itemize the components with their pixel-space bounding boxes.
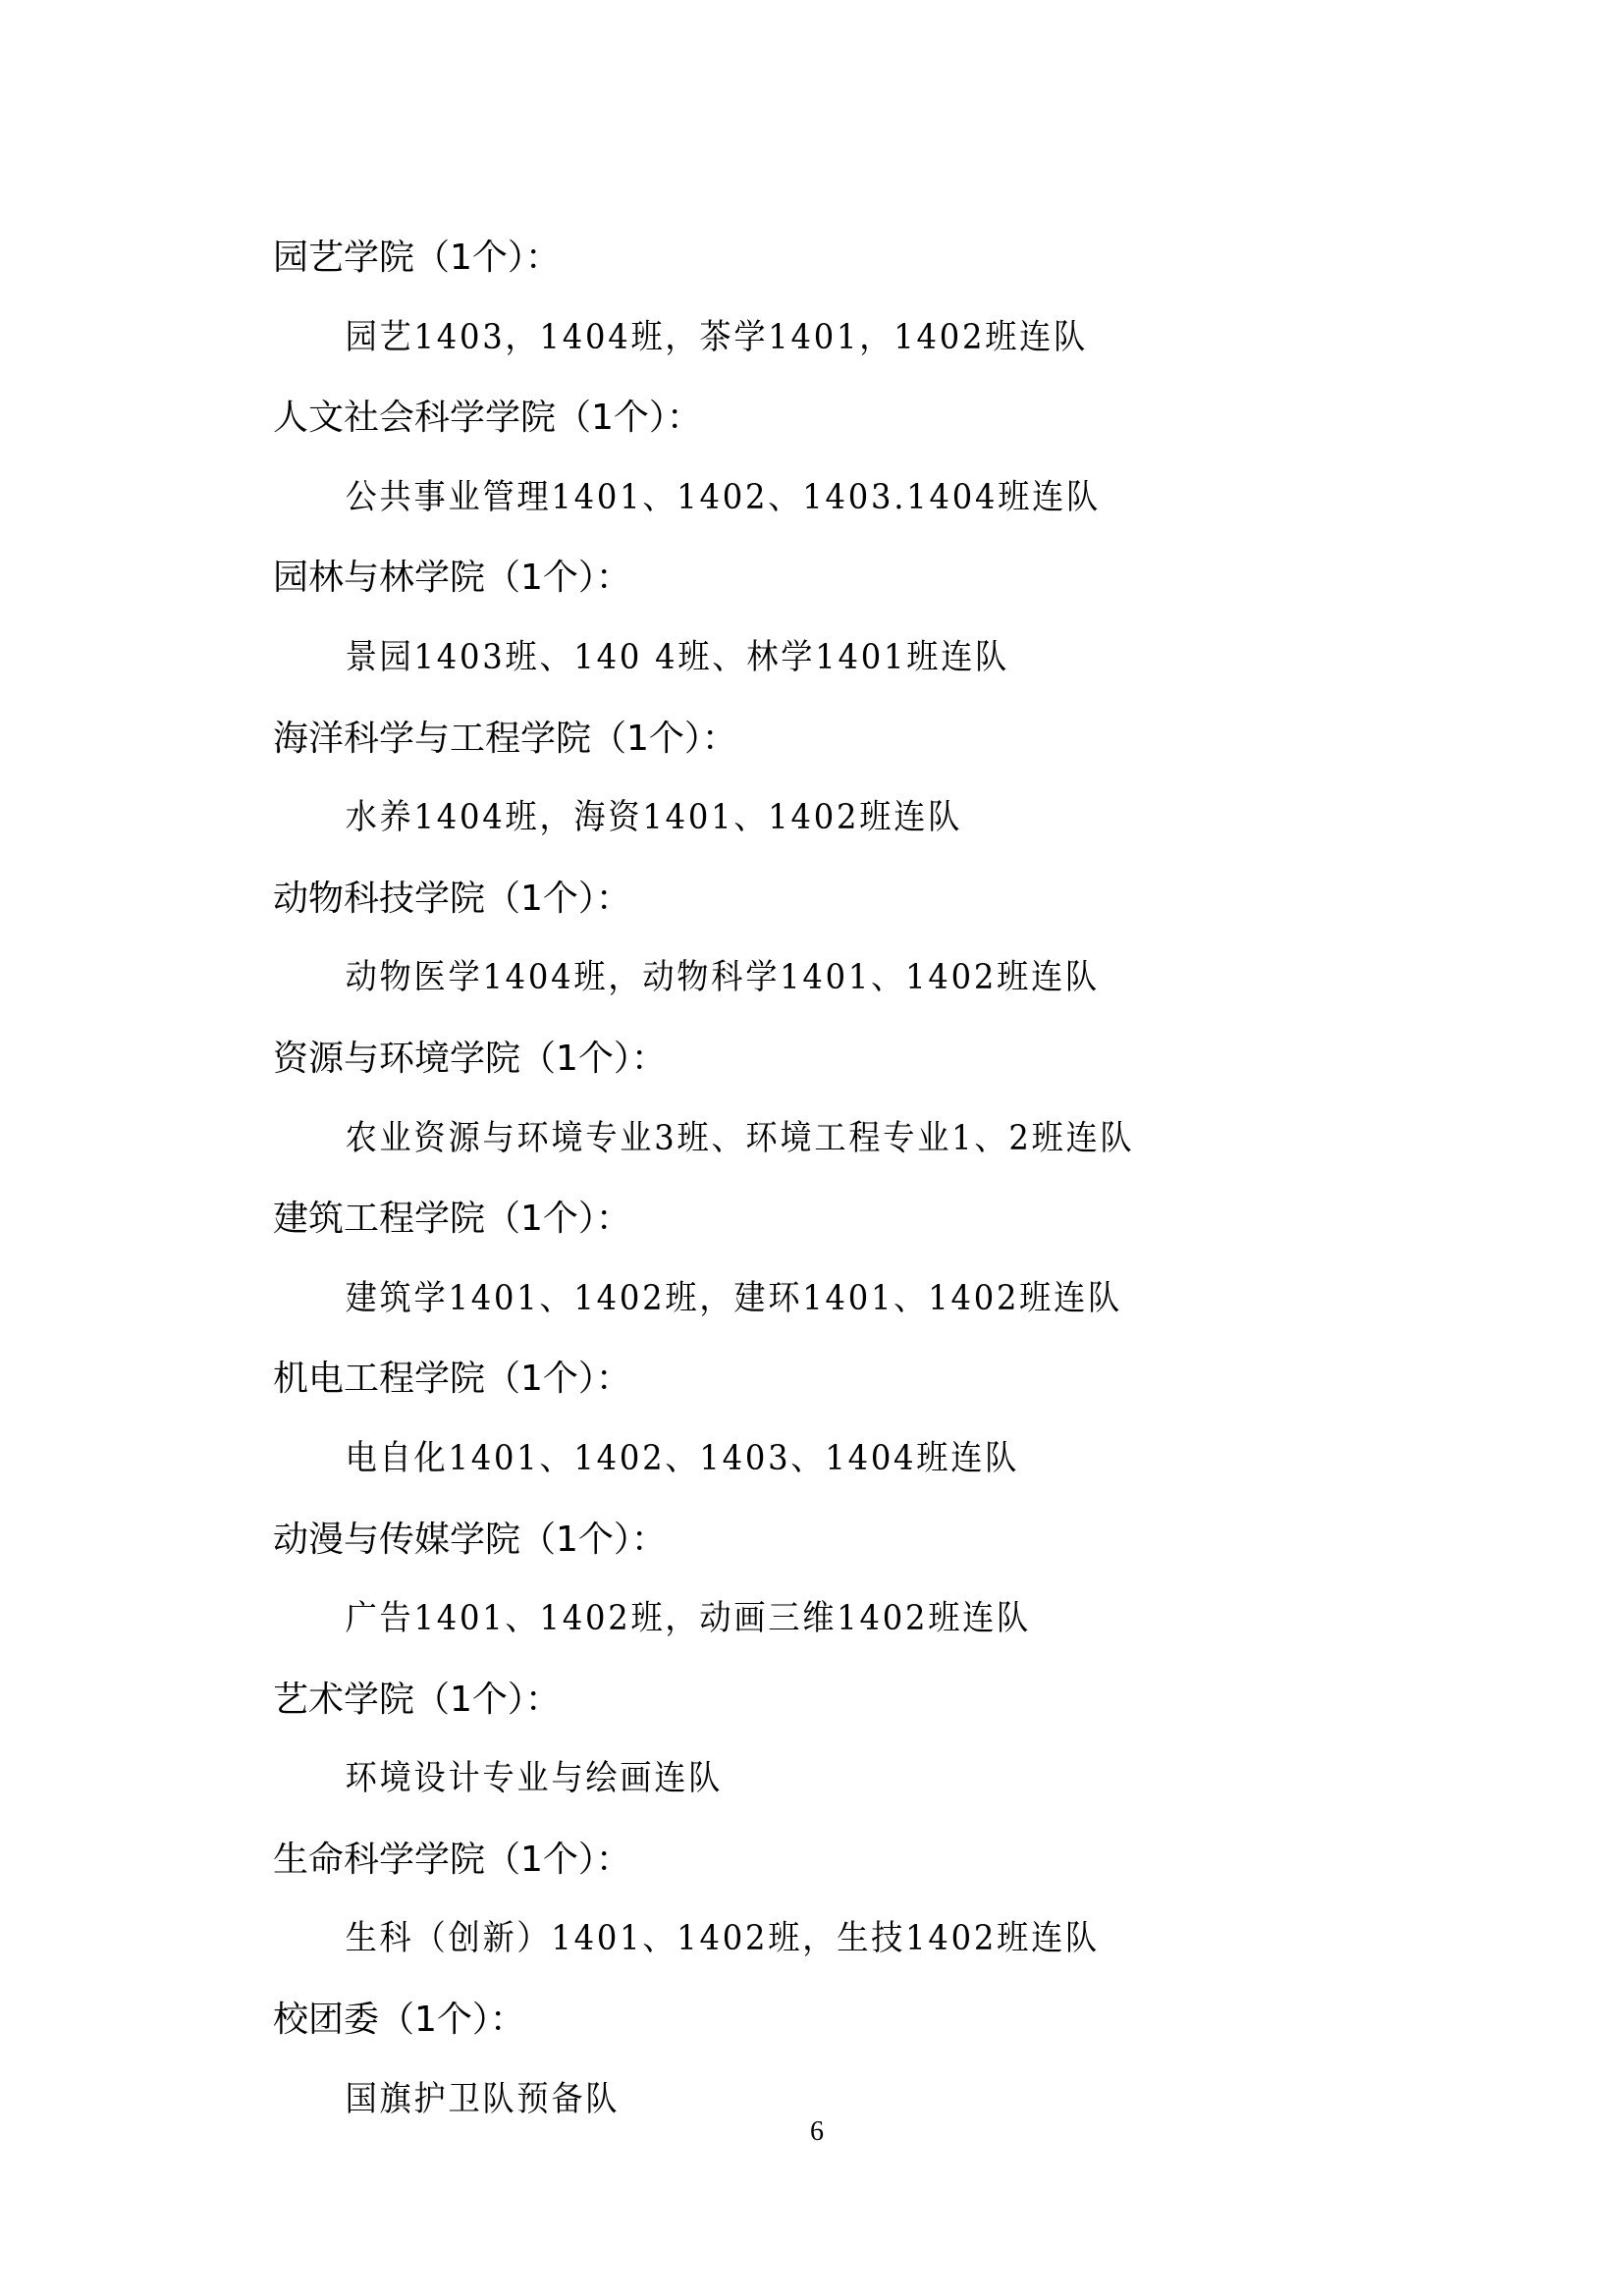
section-forestry: 园林与林学院（1个）： 景园1403班、140 4班、林学1401班连队 [273, 538, 1373, 698]
section-heading: 动漫与传媒学院（1个）： [273, 1500, 1373, 1580]
section-body: 环境设计专业与绘画连队 [273, 1739, 1284, 1820]
section-body: 水养1404班，海资1401、1402班连队 [273, 778, 1284, 859]
section-heading: 园林与林学院（1个）： [273, 538, 1373, 618]
section-heading: 机电工程学院（1个）： [273, 1339, 1373, 1419]
section-horticulture: 园艺学院（1个）： 园艺1403，1404班，茶学1401，1402班连队 [273, 218, 1373, 378]
section-body: 建筑学1401、1402班，建环1401、1402班连队 [273, 1259, 1284, 1340]
section-heading: 生命科学学院（1个）： [273, 1820, 1373, 1900]
section-life-sciences: 生命科学学院（1个）： 生科（创新）1401、1402班，生技1402班连队 [273, 1820, 1373, 1980]
section-body: 景园1403班、140 4班、林学1401班连队 [273, 618, 1284, 699]
section-arts: 艺术学院（1个）： 环境设计专业与绘画连队 [273, 1660, 1373, 1820]
section-body: 电自化1401、1402、1403、1404班连队 [273, 1419, 1284, 1500]
section-heading: 园艺学院（1个）： [273, 218, 1373, 298]
section-body: 农业资源与环境专业3班、环境工程专业1、2班连队 [273, 1099, 1284, 1180]
section-heading: 校团委（1个）： [273, 1980, 1373, 2060]
section-animation-media: 动漫与传媒学院（1个）： 广告1401、1402班，动画三维1402班连队 [273, 1500, 1373, 1660]
section-body: 生科（创新）1401、1402班，生技1402班连队 [273, 1899, 1284, 1980]
section-body: 广告1401、1402班，动画三维1402班连队 [273, 1579, 1284, 1660]
section-heading: 资源与环境学院（1个）： [273, 1019, 1373, 1099]
section-architecture: 建筑工程学院（1个）： 建筑学1401、1402班，建环1401、1402班连队 [273, 1179, 1373, 1339]
section-mechatronics: 机电工程学院（1个）： 电自化1401、1402、1403、1404班连队 [273, 1339, 1373, 1499]
section-heading: 海洋科学与工程学院（1个）： [273, 699, 1373, 779]
section-heading: 动物科技学院（1个）： [273, 859, 1373, 939]
section-humanities: 人文社会科学学院（1个）： 公共事业管理1401、1402、1403.1404班… [273, 378, 1373, 538]
section-body: 动物医学1404班，动物科学1401、1402班连队 [273, 938, 1284, 1019]
document-content: 园艺学院（1个）： 园艺1403，1404班，茶学1401，1402班连队 人文… [273, 218, 1373, 2140]
section-heading: 建筑工程学院（1个）： [273, 1179, 1373, 1259]
section-body: 园艺1403，1404班，茶学1401，1402班连队 [273, 298, 1284, 379]
section-heading: 人文社会科学学院（1个）： [273, 378, 1373, 458]
section-heading: 艺术学院（1个）： [273, 1660, 1373, 1740]
section-marine: 海洋科学与工程学院（1个）： 水养1404班，海资1401、1402班连队 [273, 699, 1373, 859]
document-page: 园艺学院（1个）： 园艺1403，1404班，茶学1401，1402班连队 人文… [0, 0, 1624, 2296]
section-resources-environment: 资源与环境学院（1个）： 农业资源与环境专业3班、环境工程专业1、2班连队 [273, 1019, 1373, 1179]
section-animal-science: 动物科技学院（1个）： 动物医学1404班，动物科学1401、1402班连队 [273, 859, 1373, 1019]
section-body: 公共事业管理1401、1402、1403.1404班连队 [273, 458, 1284, 539]
page-number: 6 [0, 2112, 1624, 2152]
